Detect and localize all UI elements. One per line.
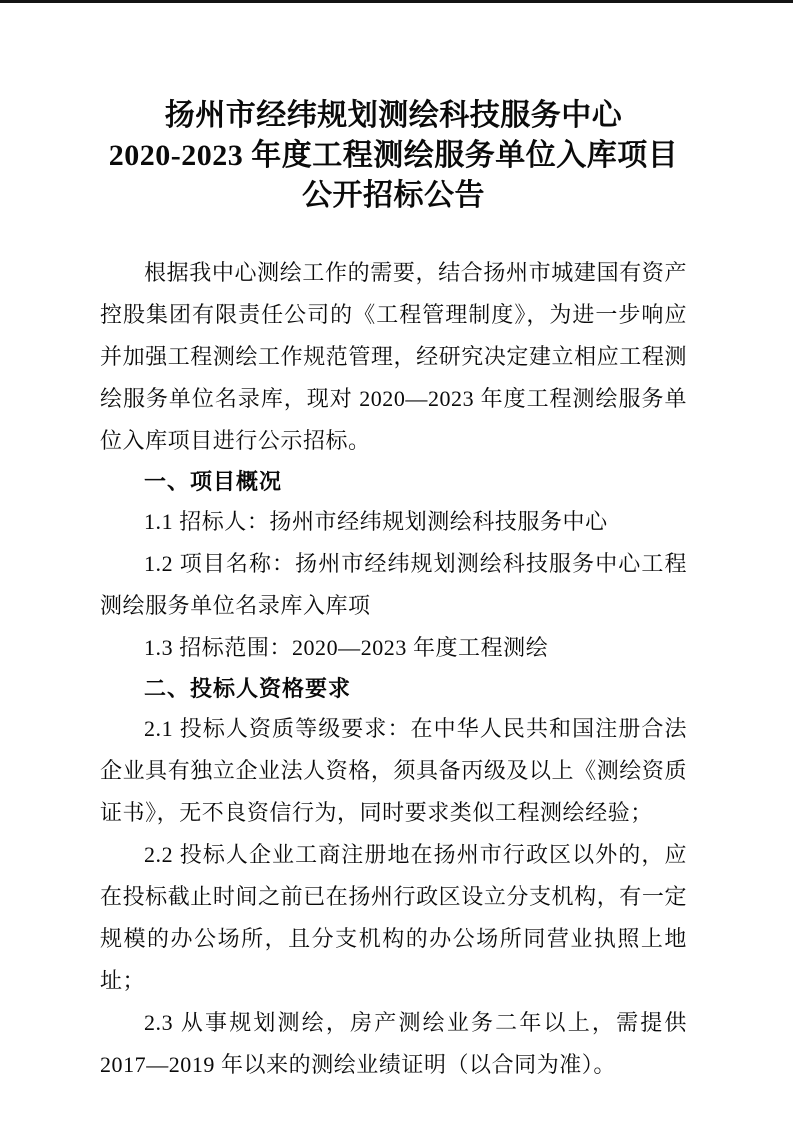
section-2-heading: 二、投标人资格要求 (100, 669, 687, 708)
title-line-2: 2020-2023 年度工程测绘服务单位入库项目 (100, 136, 687, 176)
intro-paragraph: 根据我中心测绘工作的需要，结合扬州市城建国有资产控股集团有限责任公司的《工程管理… (100, 252, 687, 462)
section-2-item-1: 2.1 投标人资质等级要求：在中华人民共和国注册合法企业具有独立企业法人资格，须… (100, 708, 687, 834)
section-1-item-3: 1.3 招标范围：2020—2023 年度工程测绘 (100, 627, 687, 669)
section-1-item-1: 1.1 招标人：扬州市经纬规划测绘科技服务中心 (100, 501, 687, 543)
document-page: 扬州市经纬规划测绘科技服务中心 2020-2023 年度工程测绘服务单位入库项目… (0, 0, 793, 1122)
section-1-item-2: 1.2 项目名称：扬州市经纬规划测绘科技服务中心工程测绘服务单位名录库入库项 (100, 543, 687, 627)
section-1-heading: 一、项目概况 (100, 462, 687, 501)
title-line-1: 扬州市经纬规划测绘科技服务中心 (100, 96, 687, 136)
section-2-item-3: 2.3 从事规划测绘，房产测绘业务二年以上，需提供 2017—2019 年以来的… (100, 1002, 687, 1086)
document-title: 扬州市经纬规划测绘科技服务中心 2020-2023 年度工程测绘服务单位入库项目… (100, 96, 687, 216)
section-2-item-2: 2.2 投标人企业工商注册地在扬州市行政区以外的，应在投标截止时间之前已在扬州行… (100, 834, 687, 1002)
document-content: 扬州市经纬规划测绘科技服务中心 2020-2023 年度工程测绘服务单位入库项目… (100, 0, 687, 1086)
title-line-3: 公开招标公告 (100, 176, 687, 216)
